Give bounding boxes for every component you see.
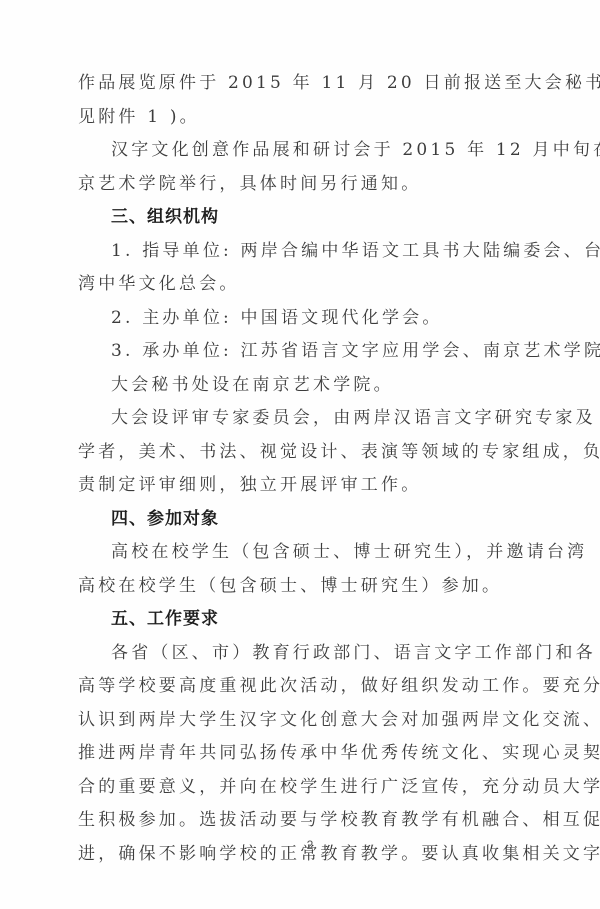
paragraph-line: 京艺术学院举行，具体时间另行通知。 xyxy=(78,168,564,202)
paragraph-line: 作品展览原件于 2015 年 11 月 20 日前报送至大会秘书处( 详 xyxy=(78,67,564,101)
paragraph-line: 进，确保不影响学校的正常教育教学。要认真收集相关文字、 xyxy=(78,838,564,872)
section-heading-organization: 三、组织机构 xyxy=(78,201,564,235)
section-heading-requirements: 五、工作要求 xyxy=(78,603,564,637)
paragraph-line: 湾中华文化总会。 xyxy=(78,268,564,302)
paragraph-line: 见附件 1 )。 xyxy=(78,101,564,135)
paragraph-line: 责制定评审细则，独立开展评审工作。 xyxy=(78,469,564,503)
document-body: 作品展览原件于 2015 年 11 月 20 日前报送至大会秘书处( 详 见附件… xyxy=(78,67,564,871)
page-number: 2 xyxy=(300,838,320,852)
paragraph-line: 3. 承办单位: 江苏省语言文字应用学会、南京艺术学院。 xyxy=(78,335,564,369)
paragraph-line: 学者，美术、书法、视觉设计、表演等领域的专家组成，负 xyxy=(78,436,564,470)
paragraph-line: 各省（区、市）教育行政部门、语言文字工作部门和各 xyxy=(78,637,564,671)
paragraph-line: 大会设评审专家委员会，由两岸汉语言文字研究专家及 xyxy=(78,402,564,436)
paragraph-line: 大会秘书处设在南京艺术学院。 xyxy=(78,369,564,403)
paragraph-line: 推进两岸青年共同弘扬传承中华优秀传统文化、实现心灵契 xyxy=(78,737,564,771)
section-heading-participants: 四、参加对象 xyxy=(78,503,564,537)
paragraph-line: 合的重要意义，并向在校学生进行广泛宣传，充分动员大学 xyxy=(78,771,564,805)
paragraph-line: 1. 指导单位: 两岸合编中华语文工具书大陆编委会、台 xyxy=(78,235,564,269)
paragraph-line: 汉字文化创意作品展和研讨会于 2015 年 12 月中旬在南 xyxy=(78,134,564,168)
paragraph-line: 认识到两岸大学生汉字文化创意大会对加强两岸文化交流、 xyxy=(78,704,564,738)
paragraph-line: 高等学校要高度重视此次活动，做好组织发动工作。要充分 xyxy=(78,670,564,704)
paragraph-line: 2. 主办单位: 中国语文现代化学会。 xyxy=(78,302,564,336)
paragraph-line: 高校在校学生（包含硕士、博士研究生）参加。 xyxy=(78,570,564,604)
document-page: 作品展览原件于 2015 年 11 月 20 日前报送至大会秘书处( 详 见附件… xyxy=(0,0,600,909)
paragraph-line: 高校在校学生（包含硕士、博士研究生），并邀请台湾 xyxy=(78,536,564,570)
paragraph-line: 生积极参加。选拔活动要与学校教育教学有机融合、相互促 xyxy=(78,804,564,838)
